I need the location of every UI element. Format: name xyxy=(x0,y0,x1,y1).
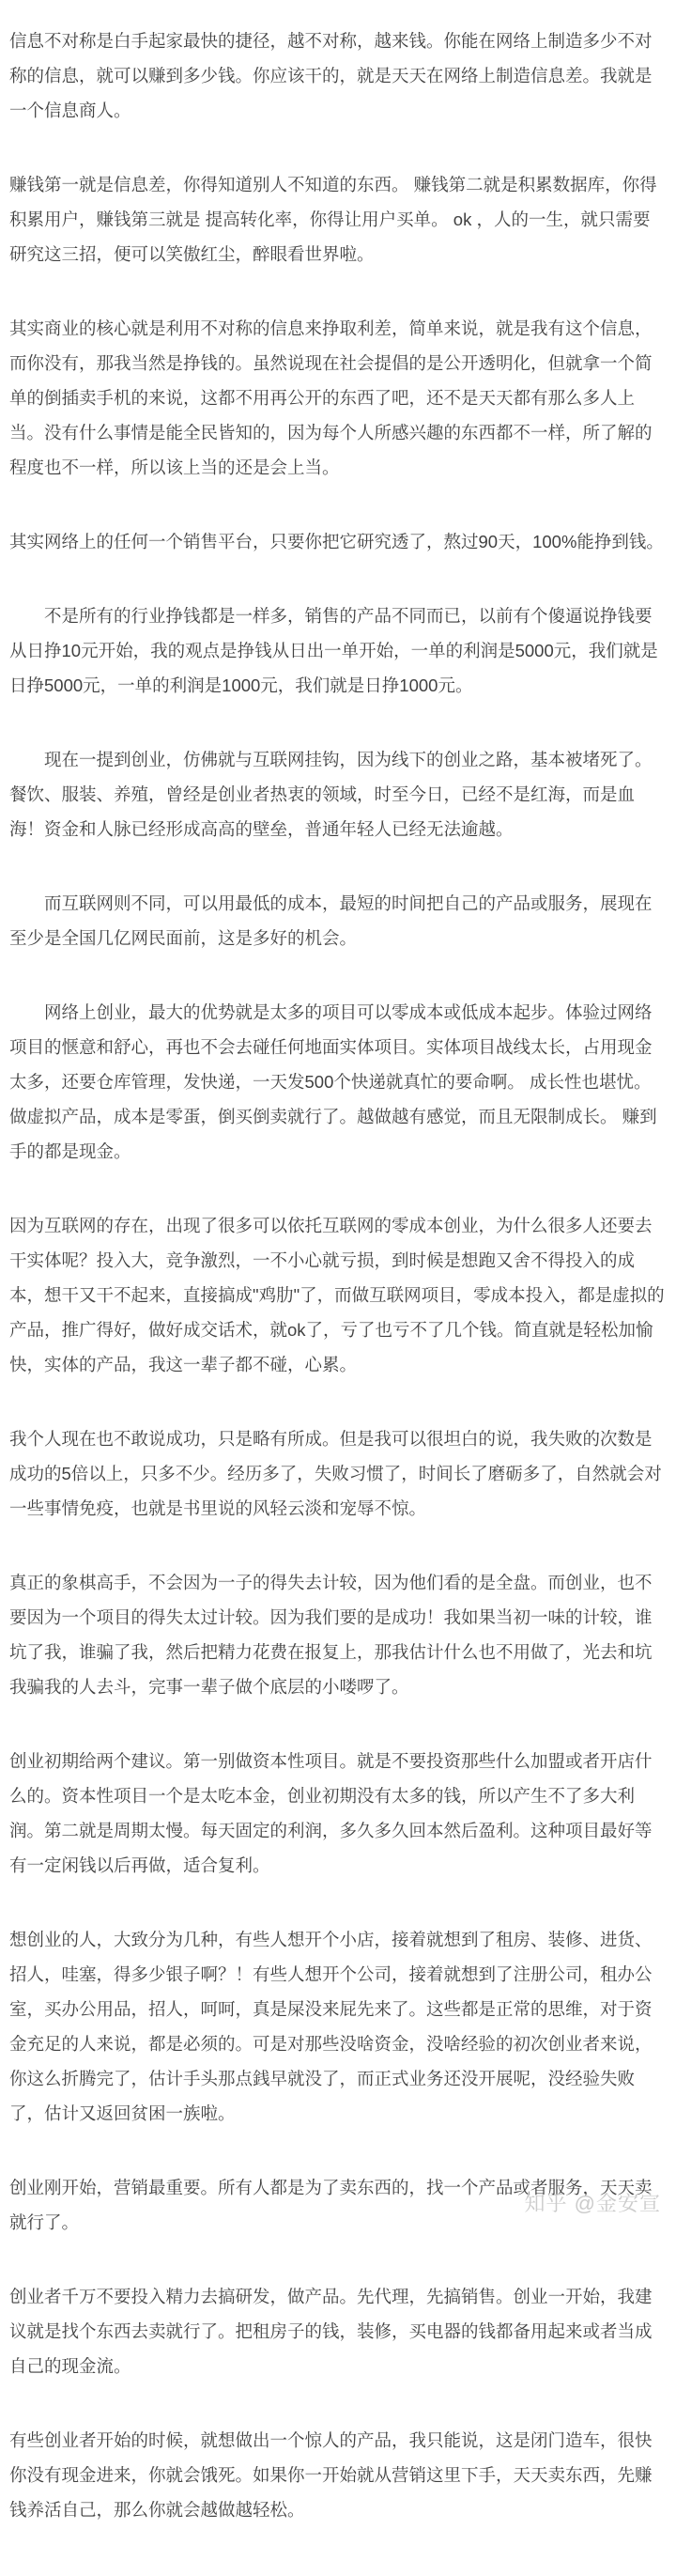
paragraph: 其实网络上的任何一个销售平台，只要你把它研究透了，熬过90天，100%能挣到钱。 xyxy=(9,524,667,559)
paragraph: 而互联网则不同，可以用最低的成本，最短的时间把自己的产品或服务，展现在至少是全国… xyxy=(9,886,667,955)
paragraph: 不是所有的行业挣钱都是一样多，销售的产品不同而已，以前有个傻逼说挣钱要从日挣10… xyxy=(9,598,667,703)
paragraph: 因为互联网的存在，出现了很多可以依托互联网的零成本创业，为什么很多人还要去干实体… xyxy=(9,1208,667,1382)
paragraph: 创业者千万不要投入精力去搞研发，做产品。先代理，先搞销售。创业一开始，我建议就是… xyxy=(9,2279,667,2383)
paragraph: 想创业的人，大致分为几种，有些人想开个小店，接着就想到了租房、装修、进货、招人，… xyxy=(9,1922,667,2131)
paragraph: 我个人现在也不敢说成功，只是略有所成。但是我可以很坦白的说，我失败的次数是成功的… xyxy=(9,1421,667,1526)
paragraph: 赚钱第一就是信息差，你得知道别人不知道的东西。 赚钱第二就是积累数据库，你得积累… xyxy=(9,167,667,272)
paragraph: 创业初期给两个建议。第一别做资本性项目。就是不要投资那些什么加盟或者开店什么的。… xyxy=(9,1744,667,1883)
paragraph: 信息不对称是白手起家最快的捷径，越不对称，越来钱。你能在网络上制造多少不对称的信… xyxy=(9,23,667,128)
paragraph: 现在一提到创业，仿佛就与互联网挂钩，因为线下的创业之路，基本被堵死了。餐饮、服装… xyxy=(9,742,667,846)
paragraph: 有些创业者开始的时候，就想做出一个惊人的产品，我只能说，这是闭门造车，很快你没有… xyxy=(9,2423,667,2527)
paragraph: 其实商业的核心就是利用不对称的信息来挣取利差，简单来说，就是我有这个信息，而你没… xyxy=(9,311,667,485)
paragraph: 真正的象棋高手，不会因为一子的得失去计较，因为他们看的是全盘。而创业，也不要因为… xyxy=(9,1565,667,1704)
paragraph: 网络上创业，最大的优势就是太多的项目可以零成本或低成本起步。体验过网络项目的惬意… xyxy=(9,995,667,1169)
zhihu-watermark: 知乎 @金安宣 xyxy=(525,2190,661,2218)
